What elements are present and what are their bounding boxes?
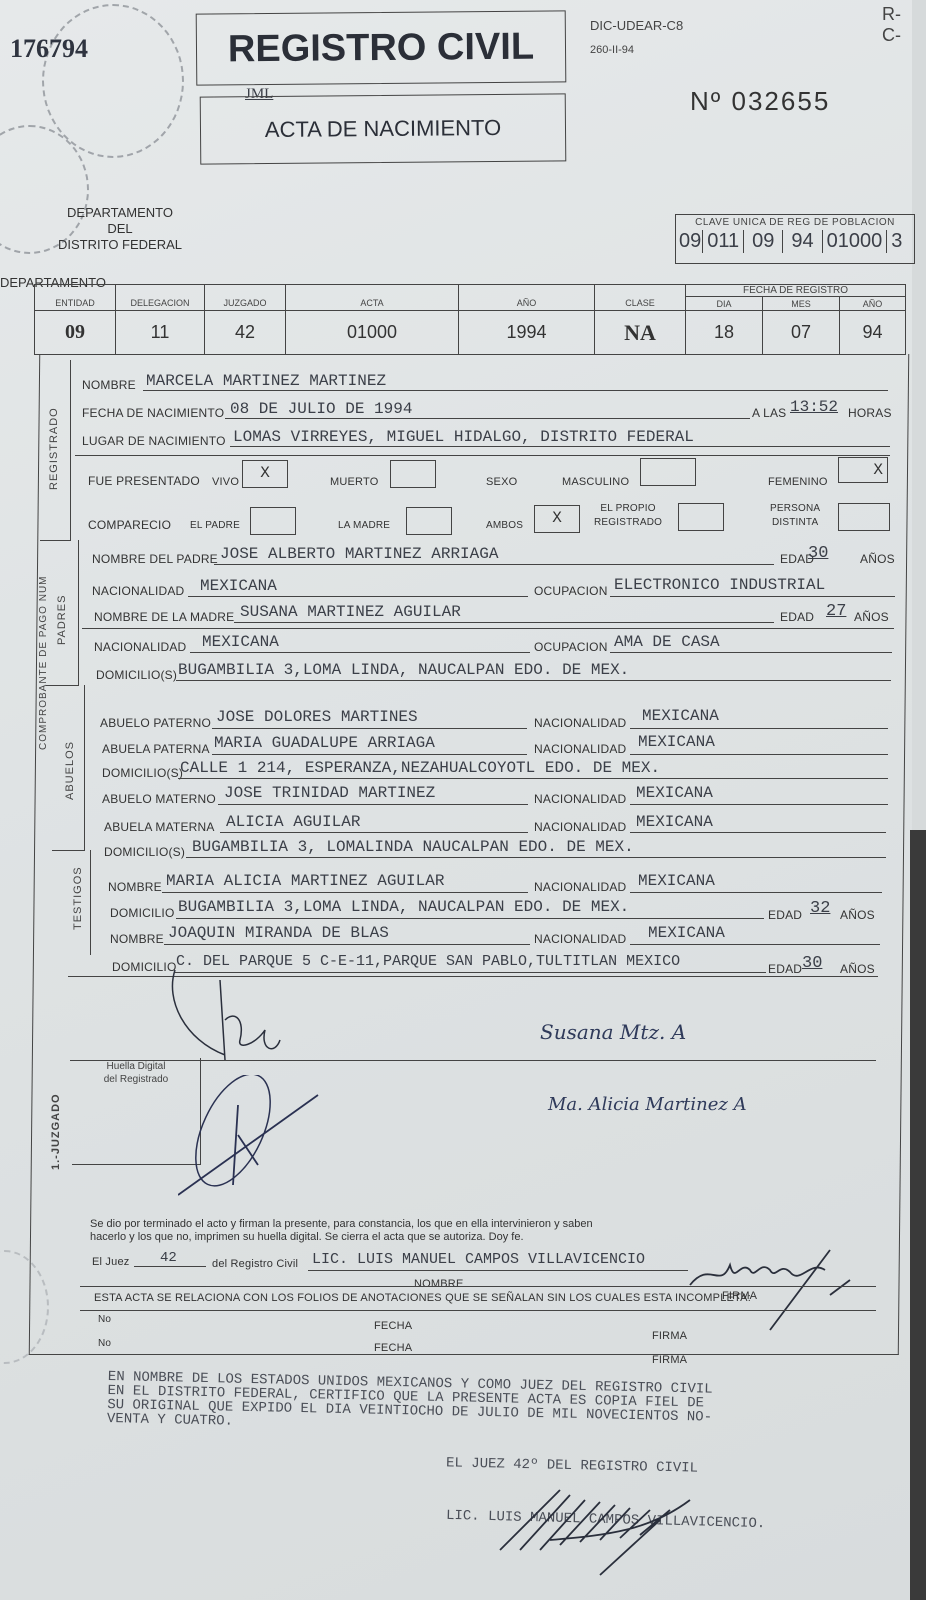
section-label-testigos: TESTIGOS [72, 866, 84, 930]
abuelo-materno-label: ABUELO MATERNO [102, 792, 216, 806]
padre-checkbox[interactable] [250, 507, 296, 535]
fecha-nacimiento: 08 DE JULIO DE 1994 [230, 400, 412, 418]
header-acta: ACTA [286, 297, 459, 311]
anot-fecha-2: FECHA [374, 1342, 412, 1354]
value-ano-reg: 94 [840, 311, 906, 355]
abuelo-materno: JOSE TRINIDAD MARTINEZ [224, 784, 435, 802]
domicilio-paternos: CALLE 1 214, ESPERANZA,NEZAHUALCOYOTL ED… [180, 759, 660, 777]
am-nac-label: NACIONALIDAD [534, 792, 626, 806]
anot-firma-2: FIRMA [652, 1354, 687, 1366]
national-seal-top [42, 4, 184, 158]
testigo1-domicilio: BUGAMBILIA 3,LOMA LINDA, NAUCALPAN EDO. … [178, 898, 629, 916]
abuela-materna-label: ABUELA MATERNA [104, 820, 215, 834]
curp-values: 09 011 09 94 01000 3 [676, 230, 914, 253]
t1-anos-label: AÑOS [840, 908, 875, 922]
padre-anos-label: AÑOS [860, 552, 895, 566]
abm-nac-label: NACIONALIDAD [534, 820, 626, 834]
testigo2-nombre: JOAQUIN MIRANDA DE BLAS [168, 924, 389, 942]
abp-nac-label: NACIONALIDAD [534, 742, 626, 756]
t1-nac-label: NACIONALIDAD [534, 880, 626, 894]
curp-box: CLAVE UNICA DE REG DE POBLACION 09 011 0… [675, 214, 915, 264]
t2-nombre-label: NOMBRE [110, 932, 164, 946]
folio-number: 032655 [732, 86, 831, 116]
distinta-line-1: PERSONA [770, 502, 820, 516]
document-title: REGISTRO CIVIL [197, 11, 566, 84]
masculino-checkbox[interactable] [640, 458, 696, 486]
ap-nac-label: NACIONALIDAD [534, 716, 626, 730]
muerto-checkbox[interactable] [390, 460, 436, 488]
signature-mother: Susana Mtz. A [540, 1020, 686, 1044]
t1-dom-label: DOMICILIO [110, 906, 174, 920]
padre-label: EL PADRE [190, 520, 240, 531]
value-mes: 07 [763, 311, 840, 355]
distinta-checkbox[interactable] [838, 503, 890, 531]
madre-nacionalidad: MEXICANA [202, 633, 279, 651]
anotaciones-text: ESTA ACTA SE RELACIONA CON LOS FOLIOS DE… [94, 1292, 751, 1304]
section-label-padres: PADRES [56, 595, 68, 645]
madre-anos-label: AÑOS [854, 610, 889, 624]
madre-nac-label: NACIONALIDAD [94, 640, 186, 654]
abuela-paterna-label: ABUELA PATERNA [102, 742, 210, 756]
dept-line-1: DEPARTAMENTO [58, 205, 182, 221]
distinta-label: PERSONA DISTINTA [770, 502, 820, 530]
horas-label: HORAS [848, 406, 892, 420]
lugar-nacimiento: LOMAS VIRREYES, MIGUEL HIDALGO, DISTRITO… [233, 428, 694, 446]
abuelo-paterno: JOSE DOLORES MARTINES [216, 708, 418, 726]
curp-part: 3 [887, 230, 906, 253]
testigo1-nacionalidad: MEXICANA [638, 872, 715, 890]
value-dia: 18 [686, 311, 763, 355]
t1-edad-label: EDAD [768, 908, 802, 922]
madre-checkbox[interactable] [406, 507, 452, 535]
comprobante-label: COMPROBANTE DE PAGO NUM [38, 576, 49, 751]
ambos-label: AMBOS [486, 520, 523, 531]
propio-line-2: REGISTRADO [594, 516, 662, 530]
section-label-registrado: REGISTRADO [48, 407, 60, 490]
curp-part: 01000 [823, 230, 888, 253]
masculino-label: MASCULINO [562, 476, 629, 488]
background-edge [910, 830, 926, 1600]
registrado-nombre: MARCELA MARTINEZ MARTINEZ [146, 372, 386, 390]
padre-edad: 30 [808, 544, 828, 563]
certification-signature [490, 1480, 720, 1580]
abuelo-paterno-nac: MEXICANA [642, 707, 719, 725]
signature-witness [178, 1075, 338, 1205]
propio-checkbox[interactable] [678, 503, 724, 531]
padres-domicilio: BUGAMBILIA 3,LOMA LINDA, NAUCALPAN EDO. … [178, 661, 629, 679]
madre-nombre: SUSANA MARTINEZ AGUILAR [240, 603, 461, 621]
anot-fecha-1: FECHA [374, 1320, 412, 1332]
judge-signature [680, 1240, 870, 1335]
signature-father [165, 960, 295, 1070]
testigo2-nacionalidad: MEXICANA [648, 924, 725, 942]
madre-edad: 27 [826, 602, 846, 621]
dom-pat-label: DOMICILIO(S) [102, 766, 183, 780]
header-ano-reg: AÑO [840, 297, 906, 311]
abuela-paterna: MARIA GUADALUPE ARRIAGA [214, 734, 435, 752]
value-acta: 01000 [286, 311, 459, 355]
juez-nombre: LIC. LUIS MANUEL CAMPOS VILLAVICENCIO [312, 1251, 645, 1268]
form-code: DIC-UDEAR-C8 [590, 18, 683, 33]
subtitle-box: ACTA DE NACIMIENTO [200, 93, 567, 164]
department-label: DEPARTAMENTO DEL DISTRITO FEDERAL [58, 205, 182, 253]
header-juzgado: JUZGADO [205, 297, 286, 311]
padre-ocup-label: OCUPACION [534, 584, 608, 598]
femenino-label: FEMENINO [768, 476, 828, 488]
value-ano: 1994 [459, 311, 595, 355]
anot-firma-1: FIRMA [652, 1330, 687, 1342]
madre-nombre-label: NOMBRE DE LA MADRE [94, 610, 234, 624]
header-mes: MES [763, 297, 840, 311]
corner-code: R-C- [882, 4, 912, 46]
certificacion-text: EN NOMBRE DE LOS ESTADOS UNIDOS MEXICANO… [107, 1370, 713, 1439]
cierre-line-2: hacerlo y los que no, imprimen su huella… [90, 1231, 593, 1244]
cierre-line-1: Se dio por terminado el acto y firman la… [90, 1218, 593, 1231]
femenino-checkbox[interactable]: X [838, 457, 888, 483]
vivo-checkbox[interactable]: X [242, 460, 288, 488]
header-ano: AÑO [459, 297, 595, 311]
vivo-label: VIVO [212, 476, 239, 488]
juez-numero: 42 [160, 1250, 177, 1266]
birth-certificate-page: 176794 REGISTRO CIVIL JML ACTA DE NACIMI… [0, 0, 912, 1600]
testigo2-edad: 30 [802, 954, 822, 973]
madre-edad-label: EDAD [780, 610, 814, 624]
anot-no-1: No [98, 1314, 111, 1325]
ambos-checkbox[interactable]: X [534, 505, 580, 533]
juez-label: El Juez [92, 1256, 129, 1268]
abuelo-paterno-label: ABUELO PATERNO [100, 716, 211, 730]
hora-nacimiento: 13:52 [790, 398, 838, 416]
padre-nombre-label: NOMBRE DEL PADRE [92, 552, 218, 566]
section-label-abuelos: ABUELOS [64, 741, 76, 800]
value-entidad: 09 [35, 311, 116, 355]
lugar-nacimiento-label: LUGAR DE NACIMIENTO [82, 434, 226, 448]
dept-line-3: DISTRITO FEDERAL [58, 237, 182, 253]
juez-titulo: EL JUEZ 42º DEL REGISTRO CIVIL [446, 1455, 698, 1476]
dept-line-2: DEL [58, 221, 182, 237]
value-clase: NA [595, 311, 686, 355]
madre-ocup-label: OCUPACION [534, 640, 608, 654]
testigo1-nombre: MARIA ALICIA MARTINEZ AGUILAR [166, 872, 444, 890]
fecha-registro-label: FECHA DE REGISTRO [686, 285, 906, 297]
madre-ocupacion: AMA DE CASA [614, 633, 720, 651]
hora-label: A LAS [752, 406, 786, 420]
header-entidad: ENTIDAD [35, 297, 116, 311]
anot-no-2: No [98, 1338, 111, 1349]
muerto-label: MUERTO [330, 476, 378, 488]
form-date: 260-II-94 [590, 44, 634, 56]
header-dia: DIA [686, 297, 763, 311]
title-box: REGISTRO CIVIL [196, 10, 567, 85]
distinta-line-2: DISTINTA [770, 516, 820, 530]
curp-part: 94 [783, 230, 822, 253]
folio-label: Nº [690, 86, 722, 116]
registro-civil-label: del Registro Civil [212, 1258, 298, 1270]
curp-part: 09 [676, 230, 703, 253]
header-clase: CLASE [595, 297, 686, 311]
sexo-label: SEXO [486, 476, 517, 488]
nombre-label: NOMBRE [82, 378, 136, 392]
presentado-label: FUE PRESENTADO [88, 474, 200, 488]
abuela-materna: ALICIA AGUILAR [226, 813, 360, 831]
curp-part: 011 [703, 230, 744, 253]
value-juzgado: 42 [205, 311, 286, 355]
t2-nac-label: NACIONALIDAD [534, 932, 626, 946]
t1-nombre-label: NOMBRE [108, 880, 162, 894]
fecha-nacimiento-label: FECHA DE NACIMIENTO [82, 406, 224, 420]
propio-label: EL PROPIO REGISTRADO [594, 502, 662, 530]
curp-part: 09 [744, 230, 783, 253]
comparecio-label: COMPARECIO [88, 518, 171, 532]
testigo1-edad: 32 [810, 899, 830, 918]
padre-ocupacion: ELECTRONICO INDUSTRIAL [614, 576, 825, 594]
padre-nacionalidad: MEXICANA [200, 577, 277, 595]
madre-label: LA MADRE [338, 520, 390, 531]
domicilio-maternos: BUGAMBILIA 3, LOMALINDA NAUCALPAN EDO. D… [192, 838, 634, 856]
padres-dom-label: DOMICILIO(S) [96, 668, 177, 682]
padre-nac-label: NACIONALIDAD [92, 584, 184, 598]
serial-number: 176794 [10, 34, 88, 64]
document-subtitle: ACTA DE NACIMIENTO [201, 94, 566, 163]
dom-mat-label: DOMICILIO(S) [104, 845, 185, 859]
abuela-materna-nac: MEXICANA [636, 813, 713, 831]
curp-label: CLAVE UNICA DE REG DE POBLACION [676, 217, 914, 228]
abuela-paterna-nac: MEXICANA [638, 733, 715, 751]
t2-anos-label: AÑOS [840, 962, 875, 976]
value-delegacion: 11 [116, 311, 205, 355]
header-delegacion: DELEGACION [116, 297, 205, 311]
propio-line-1: EL PROPIO [594, 502, 662, 516]
signature-witness-text: Ma. Alicia Martinez A [548, 1094, 747, 1115]
folio: Nº 032655 [690, 86, 830, 117]
padre-nombre: JOSE ALBERTO MARTINEZ ARRIAGA [220, 545, 498, 563]
juzgado-side-label: 1.-JUZGADO [50, 1093, 62, 1170]
nombre-caption: NOMBRE [414, 1278, 463, 1290]
abuelo-materno-nac: MEXICANA [636, 784, 713, 802]
cierre-text: Se dio por terminado el acto y firman la… [90, 1218, 593, 1244]
t2-edad-label: EDAD [768, 962, 802, 976]
registry-table: FECHA DE REGISTRO ENTIDAD DELEGACION JUZ… [34, 284, 906, 355]
